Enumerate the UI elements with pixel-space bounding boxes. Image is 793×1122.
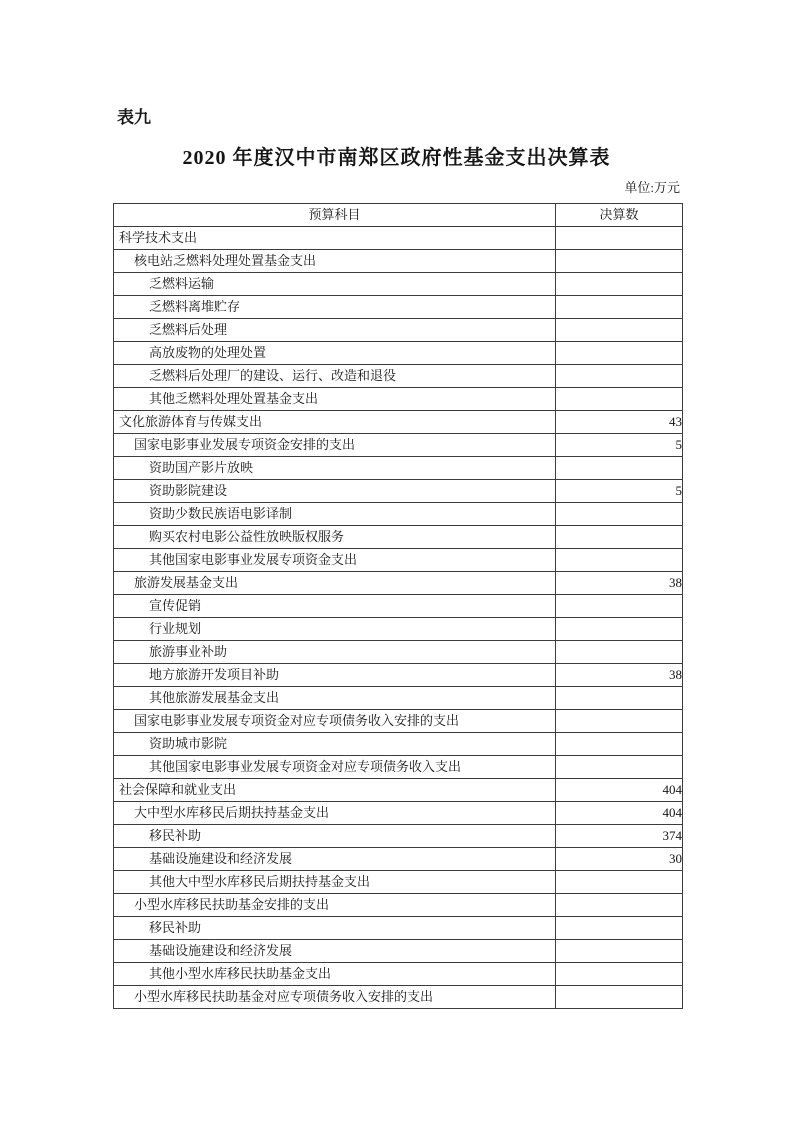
final-amount-cell: 30 bbox=[556, 848, 683, 871]
budget-subject-cell: 文化旅游体育与传媒支出 bbox=[114, 411, 556, 434]
final-amount-cell bbox=[556, 549, 683, 572]
table-row: 移民补助 bbox=[114, 917, 683, 940]
final-amount-cell bbox=[556, 756, 683, 779]
page-title: 2020 年度汉中市南郑区政府性基金支出决算表 bbox=[0, 141, 793, 170]
budget-subject-cell: 地方旅游开发项目补助 bbox=[114, 664, 556, 687]
table-row: 大中型水库移民后期扶持基金支出404 bbox=[114, 802, 683, 825]
budget-subject-cell: 国家电影事业发展专项资金对应专项债务收入安排的支出 bbox=[114, 710, 556, 733]
budget-subject-cell: 乏燃料离堆贮存 bbox=[114, 296, 556, 319]
table-row: 行业规划 bbox=[114, 618, 683, 641]
table-row: 资助国产影片放映 bbox=[114, 457, 683, 480]
budget-subject-cell: 资助少数民族语电影译制 bbox=[114, 503, 556, 526]
budget-subject-cell: 小型水库移民扶助基金安排的支出 bbox=[114, 894, 556, 917]
table-row: 社会保障和就业支出404 bbox=[114, 779, 683, 802]
budget-subject-cell: 其他乏燃料处理处置基金支出 bbox=[114, 388, 556, 411]
budget-subject-cell: 宣传促销 bbox=[114, 595, 556, 618]
budget-subject-cell: 资助国产影片放映 bbox=[114, 457, 556, 480]
table-row: 宣传促销 bbox=[114, 595, 683, 618]
table-row: 资助影院建设5 bbox=[114, 480, 683, 503]
budget-subject-cell: 乏燃料运输 bbox=[114, 273, 556, 296]
budget-subject-cell: 其他大中型水库移民后期扶持基金支出 bbox=[114, 871, 556, 894]
table-row: 乏燃料离堆贮存 bbox=[114, 296, 683, 319]
final-amount-cell bbox=[556, 273, 683, 296]
budget-subject-cell: 其他国家电影事业发展专项资金对应专项债务收入支出 bbox=[114, 756, 556, 779]
final-amount-cell: 38 bbox=[556, 664, 683, 687]
budget-subject-cell: 基础设施建设和经济发展 bbox=[114, 940, 556, 963]
table-row: 旅游发展基金支出38 bbox=[114, 572, 683, 595]
budget-subject-cell: 国家电影事业发展专项资金安排的支出 bbox=[114, 434, 556, 457]
table-row: 资助城市影院 bbox=[114, 733, 683, 756]
table-row: 其他旅游发展基金支出 bbox=[114, 687, 683, 710]
budget-subject-cell: 乏燃料后处理 bbox=[114, 319, 556, 342]
table-row: 购买农村电影公益性放映版权服务 bbox=[114, 526, 683, 549]
budget-subject-cell: 科学技术支出 bbox=[114, 227, 556, 250]
final-amount-cell bbox=[556, 641, 683, 664]
final-amount-cell bbox=[556, 365, 683, 388]
budget-subject-cell: 大中型水库移民后期扶持基金支出 bbox=[114, 802, 556, 825]
final-amount-cell bbox=[556, 250, 683, 273]
budget-subject-cell: 小型水库移民扶助基金对应专项债务收入安排的支出 bbox=[114, 986, 556, 1009]
unit-label: 单位:万元 bbox=[113, 177, 682, 199]
table-row: 文化旅游体育与传媒支出43 bbox=[114, 411, 683, 434]
final-amount-cell bbox=[556, 296, 683, 319]
final-amount-cell bbox=[556, 894, 683, 917]
table-row: 核电站乏燃料处理处置基金支出 bbox=[114, 250, 683, 273]
budget-subject-cell: 高放废物的处理处置 bbox=[114, 342, 556, 365]
table-row: 旅游事业补助 bbox=[114, 641, 683, 664]
budget-subject-cell: 其他国家电影事业发展专项资金支出 bbox=[114, 549, 556, 572]
budget-subject-cell: 移民补助 bbox=[114, 917, 556, 940]
budget-subject-cell: 购买农村电影公益性放映版权服务 bbox=[114, 526, 556, 549]
final-amount-cell bbox=[556, 526, 683, 549]
budget-subject-cell: 其他旅游发展基金支出 bbox=[114, 687, 556, 710]
column-header-amount: 决算数 bbox=[556, 204, 683, 227]
final-amount-cell: 5 bbox=[556, 480, 683, 503]
budget-subject-cell: 基础设施建设和经济发展 bbox=[114, 848, 556, 871]
budget-subject-cell: 资助城市影院 bbox=[114, 733, 556, 756]
final-amount-cell: 374 bbox=[556, 825, 683, 848]
final-amount-cell bbox=[556, 388, 683, 411]
table-row: 乏燃料后处理厂的建设、运行、改造和退役 bbox=[114, 365, 683, 388]
final-amount-cell bbox=[556, 227, 683, 250]
header-row: 预算科目 决算数 bbox=[114, 204, 683, 227]
final-amount-cell bbox=[556, 917, 683, 940]
final-amount-cell: 404 bbox=[556, 802, 683, 825]
budget-table-section: 单位:万元 预算科目 决算数 科学技术支出核电站乏燃料处理处置基金支出乏燃料运输… bbox=[113, 177, 682, 1009]
final-amount-cell bbox=[556, 618, 683, 641]
table-row: 资助少数民族语电影译制 bbox=[114, 503, 683, 526]
budget-subject-cell: 其他小型水库移民扶助基金支出 bbox=[114, 963, 556, 986]
document-page: 表九 2020 年度汉中市南郑区政府性基金支出决算表 单位:万元 预算科目 决算… bbox=[0, 0, 793, 1122]
final-amount-cell bbox=[556, 963, 683, 986]
table-row: 基础设施建设和经济发展30 bbox=[114, 848, 683, 871]
budget-subject-cell: 社会保障和就业支出 bbox=[114, 779, 556, 802]
final-amount-cell bbox=[556, 940, 683, 963]
table-row: 地方旅游开发项目补助38 bbox=[114, 664, 683, 687]
table-row: 基础设施建设和经济发展 bbox=[114, 940, 683, 963]
budget-subject-cell: 乏燃料后处理厂的建设、运行、改造和退役 bbox=[114, 365, 556, 388]
column-header-subject: 预算科目 bbox=[114, 204, 556, 227]
table-row: 国家电影事业发展专项资金对应专项债务收入安排的支出 bbox=[114, 710, 683, 733]
sheet-number-label: 表九 bbox=[117, 103, 151, 128]
final-amount-cell: 38 bbox=[556, 572, 683, 595]
table-row: 其他小型水库移民扶助基金支出 bbox=[114, 963, 683, 986]
budget-subject-cell: 资助影院建设 bbox=[114, 480, 556, 503]
final-amount-cell bbox=[556, 687, 683, 710]
final-amount-cell bbox=[556, 595, 683, 618]
final-amount-cell bbox=[556, 733, 683, 756]
budget-subject-cell: 核电站乏燃料处理处置基金支出 bbox=[114, 250, 556, 273]
table-row: 乏燃料运输 bbox=[114, 273, 683, 296]
table-row: 小型水库移民扶助基金对应专项债务收入安排的支出 bbox=[114, 986, 683, 1009]
table-row: 科学技术支出 bbox=[114, 227, 683, 250]
final-amount-cell: 404 bbox=[556, 779, 683, 802]
final-amount-cell bbox=[556, 342, 683, 365]
table-row: 移民补助374 bbox=[114, 825, 683, 848]
table-row: 乏燃料后处理 bbox=[114, 319, 683, 342]
table-row: 其他国家电影事业发展专项资金对应专项债务收入支出 bbox=[114, 756, 683, 779]
final-amount-cell bbox=[556, 457, 683, 480]
table-row: 其他乏燃料处理处置基金支出 bbox=[114, 388, 683, 411]
final-amount-cell bbox=[556, 503, 683, 526]
final-amount-cell bbox=[556, 710, 683, 733]
table-row: 其他国家电影事业发展专项资金支出 bbox=[114, 549, 683, 572]
budget-table-header: 预算科目 决算数 bbox=[114, 204, 683, 227]
budget-subject-cell: 旅游事业补助 bbox=[114, 641, 556, 664]
final-amount-cell: 5 bbox=[556, 434, 683, 457]
budget-table-body: 科学技术支出核电站乏燃料处理处置基金支出乏燃料运输乏燃料离堆贮存乏燃料后处理高放… bbox=[114, 227, 683, 1009]
final-amount-cell: 43 bbox=[556, 411, 683, 434]
table-row: 国家电影事业发展专项资金安排的支出5 bbox=[114, 434, 683, 457]
final-amount-cell bbox=[556, 871, 683, 894]
table-row: 高放废物的处理处置 bbox=[114, 342, 683, 365]
budget-subject-cell: 行业规划 bbox=[114, 618, 556, 641]
final-amount-cell bbox=[556, 986, 683, 1009]
table-row: 其他大中型水库移民后期扶持基金支出 bbox=[114, 871, 683, 894]
budget-subject-cell: 旅游发展基金支出 bbox=[114, 572, 556, 595]
table-row: 小型水库移民扶助基金安排的支出 bbox=[114, 894, 683, 917]
budget-subject-cell: 移民补助 bbox=[114, 825, 556, 848]
final-amount-cell bbox=[556, 319, 683, 342]
budget-table: 预算科目 决算数 科学技术支出核电站乏燃料处理处置基金支出乏燃料运输乏燃料离堆贮… bbox=[113, 203, 683, 1009]
